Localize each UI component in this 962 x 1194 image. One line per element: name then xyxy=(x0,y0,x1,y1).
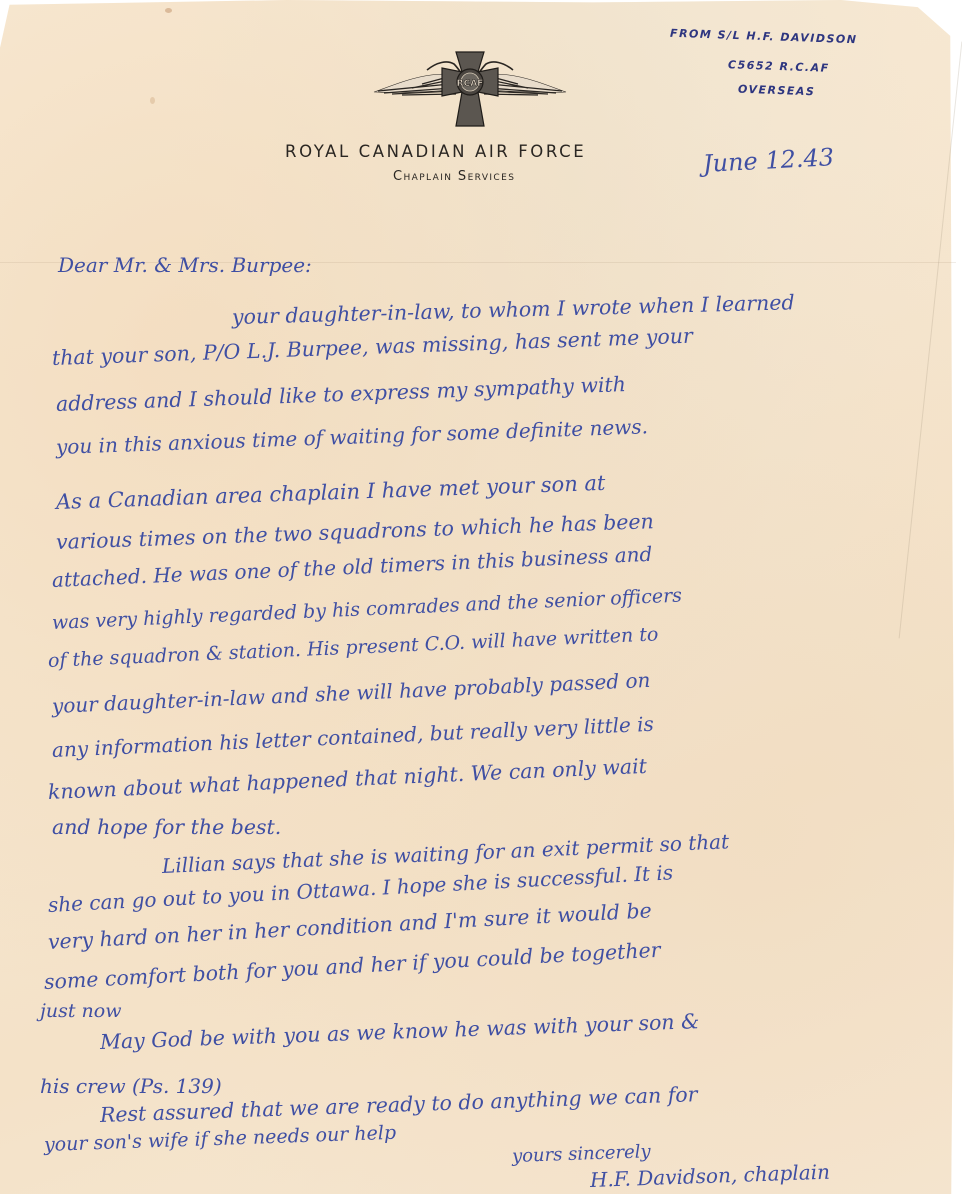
sender-line-3: OVERSEAS xyxy=(738,83,816,99)
body-line: his crew (Ps. 139) xyxy=(40,1074,222,1098)
paper-stain xyxy=(165,8,172,13)
body-line: and hope for the best. xyxy=(52,815,281,839)
rcaf-emblem-icon: RCAF xyxy=(372,50,568,128)
salutation: Dear Mr. & Mrs. Burpee: xyxy=(58,253,312,277)
body-line: just now xyxy=(40,1000,122,1022)
svg-text:RCAF: RCAF xyxy=(457,79,484,89)
organization-name: ROYAL CANADIAN AIR FORCE xyxy=(285,142,655,161)
department-name: Chaplain Services xyxy=(393,169,515,184)
paper-stain xyxy=(150,97,155,104)
